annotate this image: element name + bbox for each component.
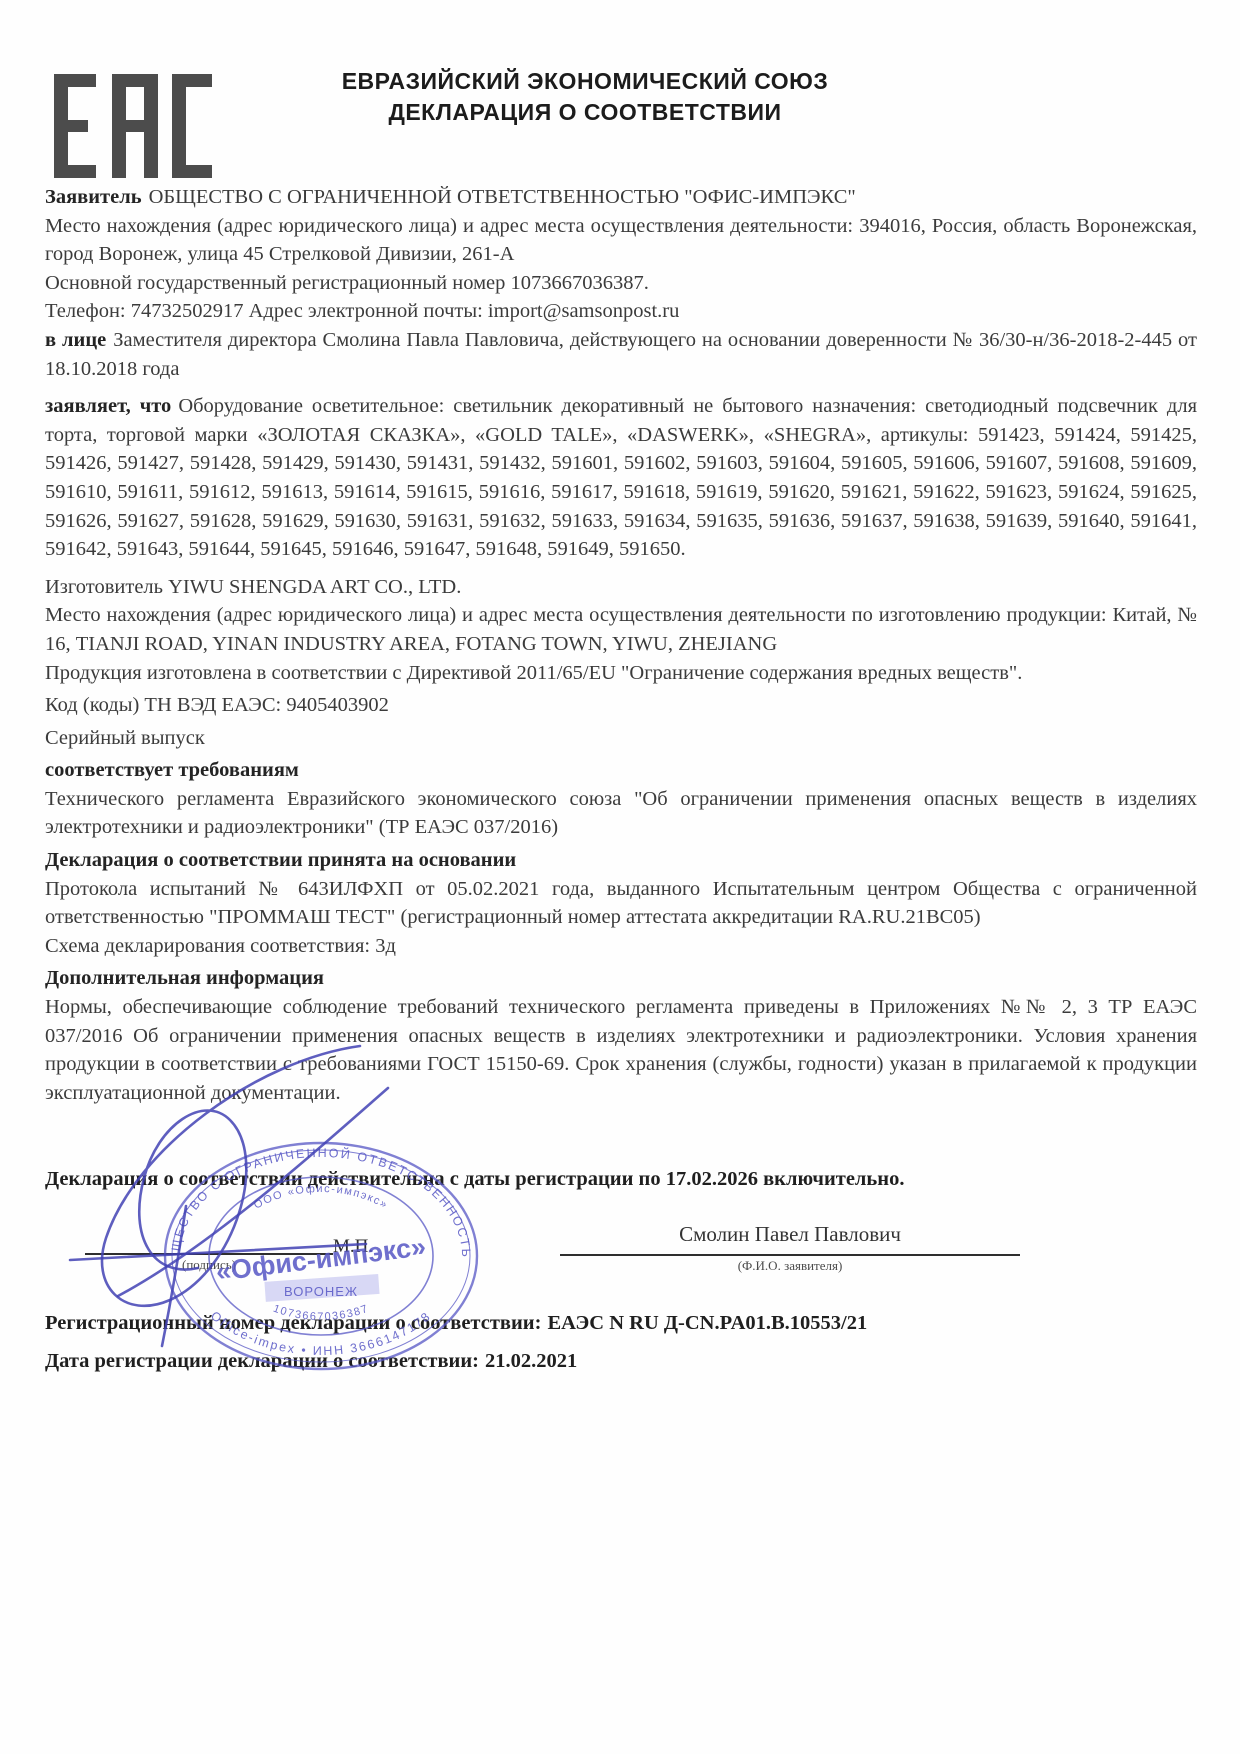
- stamp-highlight-band: [264, 1274, 379, 1302]
- seal-mark: М.П.: [333, 1236, 373, 1258]
- registration-date-line: Дата регистрации декларации о соответств…: [45, 1350, 1195, 1373]
- declares-label: заявляет, что: [45, 395, 171, 417]
- additional-info-heading: Дополнительная информация: [45, 964, 1197, 993]
- additional-info-paragraph: Нормы, обеспечивающие соблюдение требова…: [45, 993, 1197, 1107]
- validity-statement: Декларация о соответствии действительна …: [45, 1168, 1195, 1191]
- signature-caption: (подпись): [85, 1257, 333, 1273]
- ogrn-paragraph: Основной государственный регистрационный…: [45, 269, 1197, 298]
- stamp-city-text: ВОРОНЕЖ: [284, 1284, 358, 1299]
- registration-number-label: Регистрационный номер декларации о соотв…: [45, 1312, 541, 1334]
- manufacturer-address-paragraph: Место нахождения (адрес юридического лиц…: [45, 601, 1197, 658]
- test-protocol-paragraph: Протокола испытаний № 643ИЛФХП от 05.02.…: [45, 875, 1197, 932]
- registration-date-value: 21.02.2021: [485, 1350, 577, 1372]
- manufacturer-paragraph: Изготовитель YIWU SHENGDA ART CO., LTD.: [45, 573, 1197, 602]
- contacts-paragraph: Телефон: 74732502917 Адрес электронной п…: [45, 297, 1197, 326]
- applicant-address-paragraph: Место нахождения (адрес юридического лиц…: [45, 212, 1197, 269]
- applicant-label: Заявитель: [45, 186, 142, 208]
- registration-date-label: Дата регистрации декларации о соответств…: [45, 1350, 479, 1372]
- registration-number-line: Регистрационный номер декларации о соотв…: [45, 1312, 1195, 1335]
- document-body: ЗаявительОБЩЕСТВО С ОГРАНИЧЕННОЙ ОТВЕТСТ…: [45, 183, 1197, 1107]
- representative-label: в лице: [45, 329, 106, 351]
- declaration-scheme-paragraph: Схема декларирования соответствия: 3д: [45, 932, 1197, 961]
- representative-paragraph: в лицеЗаместителя директора Смолина Павл…: [45, 326, 1197, 383]
- tnved-code-paragraph: Код (коды) ТН ВЭД ЕАЭС: 9405403902: [45, 691, 1197, 720]
- declaration-document: ЕВРАЗИЙСКИЙ ЭКОНОМИЧЕСКИЙ СОЮЗ ДЕКЛАРАЦИ…: [0, 0, 1240, 1754]
- technical-regulation-paragraph: Технического регламента Евразийского эко…: [45, 785, 1197, 842]
- applicant-name: Смолин Павел Павлович: [560, 1222, 1020, 1247]
- page-title-line1: ЕВРАЗИЙСКИЙ ЭКОНОМИЧЕСКИЙ СОЮЗ: [0, 66, 1170, 97]
- signature-line-right: [560, 1254, 1020, 1256]
- conformity-heading: соответствует требованиям: [45, 756, 1197, 785]
- applicant-paragraph: ЗаявительОБЩЕСТВО С ОГРАНИЧЕННОЙ ОТВЕТСТ…: [45, 183, 1197, 212]
- serial-release-paragraph: Серийный выпуск: [45, 724, 1197, 753]
- basis-heading: Декларация о соответствии принята на осн…: [45, 846, 1197, 875]
- directive-paragraph: Продукция изготовлена в соответствии с Д…: [45, 659, 1197, 688]
- name-caption: (Ф.И.О. заявителя): [560, 1258, 1020, 1274]
- product-declaration-paragraph: заявляет, чтоОборудование осветительное:…: [45, 392, 1197, 564]
- signature-line-left: [85, 1253, 333, 1255]
- document-title: ЕВРАЗИЙСКИЙ ЭКОНОМИЧЕСКИЙ СОЮЗ ДЕКЛАРАЦИ…: [0, 66, 1170, 128]
- registration-number-value: ЕАЭС N RU Д-CN.PA01.B.10553/21: [547, 1312, 867, 1334]
- page-title-line2: ДЕКЛАРАЦИЯ О СООТВЕТСТВИИ: [0, 97, 1170, 128]
